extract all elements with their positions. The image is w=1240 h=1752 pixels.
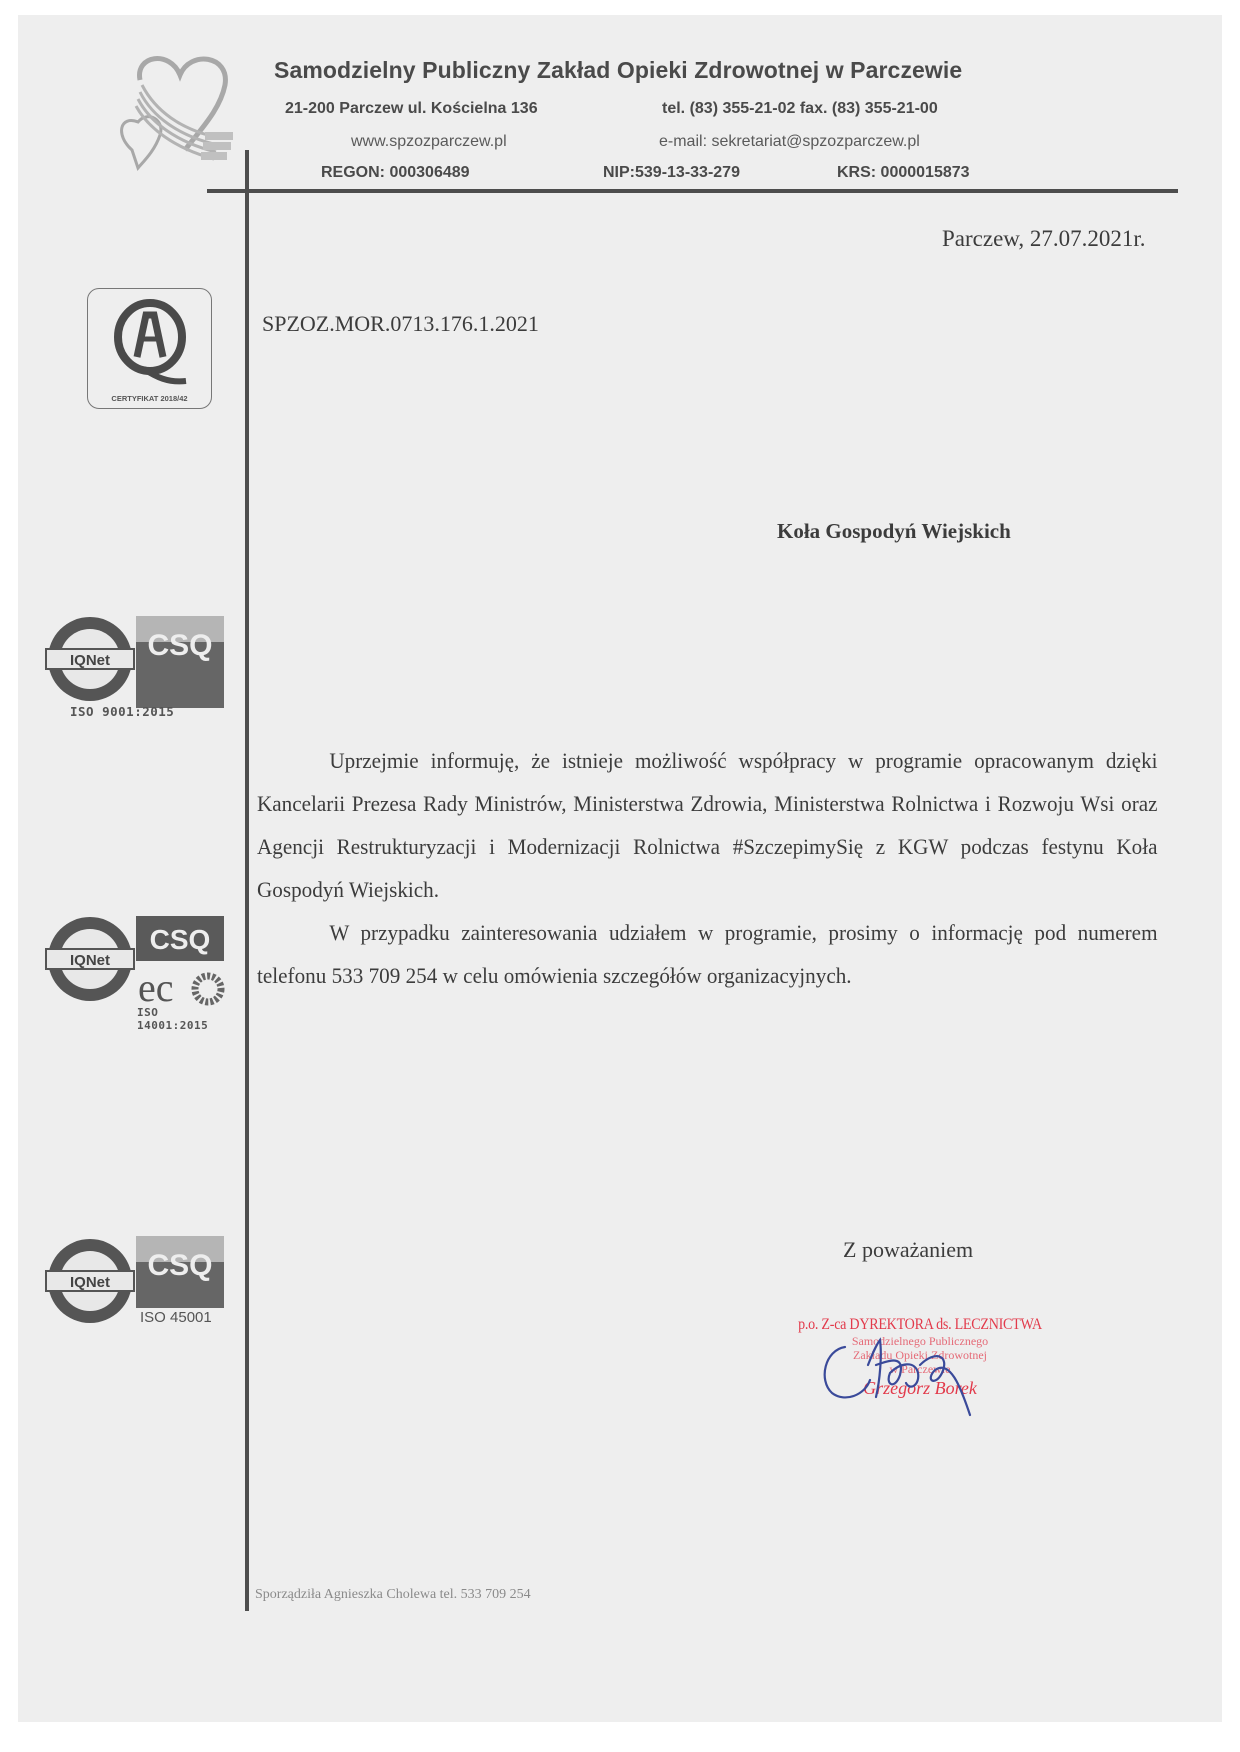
heart-logo-icon [110,50,240,180]
iso-45001-badge: IQNet CSQ ISO 45001 [38,1233,228,1343]
nip-number: NIP:539-13-33-279 [603,164,740,182]
reference-number: SPZOZ.MOR.0713.176.1.2021 [262,311,539,337]
organization-name: Samodzielny Publiczny Zakład Opieki Zdro… [274,57,962,84]
svg-text:CSQ: CSQ [147,1249,212,1282]
handwritten-signature-icon [810,1325,1010,1425]
iqnet-csq-icon: IQNet CSQ [38,613,228,708]
krs-number: KRS: 0000015873 [837,164,970,182]
prepared-by-note: Sporządziła Agnieszka Cholewa tel. 533 7… [255,1587,531,1603]
iso-14001-badge: IQNet CSQ ec ISO 14001:2015 [38,913,228,1023]
website-link[interactable]: www.spzozparczew.pl [351,133,507,151]
svg-text:IQNet: IQNet [70,652,110,669]
margin-rule [245,150,249,1611]
regon-number: REGON: 000306489 [321,164,470,182]
paragraph-1: Uprzejmie informuję, że istnieje możliwo… [257,739,1158,911]
letter-body: Uprzejmie informuję, że istnieje możliwo… [257,739,1158,997]
iso-45001-label: ISO 45001 [140,1309,212,1326]
iso-9001-label: ISO 9001:2015 [70,704,174,719]
svg-text:CSQ: CSQ [150,924,211,955]
address: 21-200 Parczew ul. Kościelna 136 [285,100,538,118]
place-date: Parczew, 27.07.2021r. [942,226,1146,252]
certificate-number: CERTYFIKAT 2018/42 [88,394,211,403]
svg-text:CSQ: CSQ [147,629,212,662]
email-link[interactable]: e-mail: sekretariat@spzozparczew.pl [659,133,920,151]
recipient: Koła Gospodyń Wiejskich [777,519,1011,544]
svg-text:IQNet: IQNet [70,952,110,969]
phone-fax: tel. (83) 355-21-02 fax. (83) 355-21-00 [662,100,938,118]
svg-text:ec: ec [138,965,174,1010]
iso-14001-label: ISO 14001:2015 [137,1006,228,1032]
svg-text:IQNet: IQNet [70,1274,110,1291]
iqnet-csq-eco-icon: IQNet CSQ ec [38,913,228,1013]
iso-9001-badge: IQNet CSQ ISO 9001:2015 [38,613,228,723]
closing: Z poważaniem [843,1237,973,1263]
paragraph-2: W przypadku zainteresowania udziałem w p… [257,911,1158,997]
header-divider [207,189,1178,193]
accreditation-q-icon [106,297,194,389]
accreditation-certificate: CERTYFIKAT 2018/42 [87,288,212,409]
